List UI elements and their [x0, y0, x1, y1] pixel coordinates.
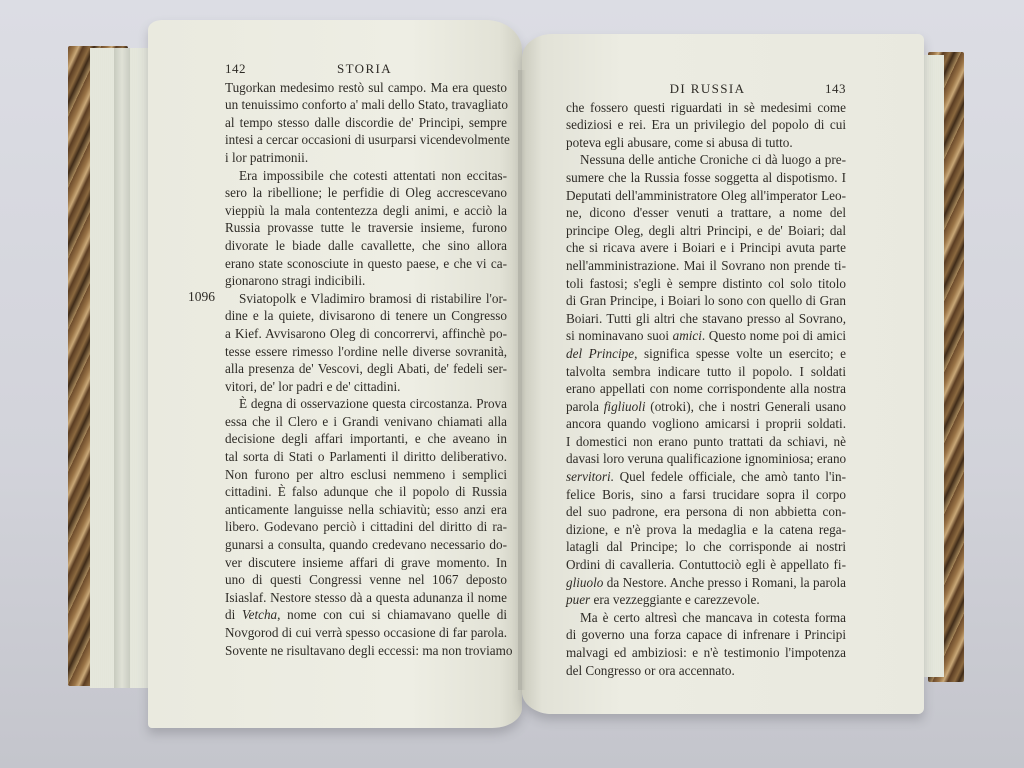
text-line: Ma è certo altresì che mancava in cotest… — [566, 609, 846, 627]
text-line: di Gran Principe, i Boiari lo sono con q… — [566, 292, 846, 310]
text-line: gionarono stragi indicibili. — [225, 272, 507, 290]
text-line: un tenuissimo conforto a' mali dello Sta… — [225, 96, 507, 114]
text-line: dine e la quiete, divisarono di tenere u… — [225, 307, 507, 325]
text-line: Isiaslaf. Nestore stesso dà a questa adu… — [225, 589, 507, 607]
text-line: tal sorta di Stati o Parlamenti il dirit… — [225, 448, 507, 466]
left-page-text: 142 STORIA Tugorkan medesimo restò sul c… — [225, 60, 507, 659]
text-line: Novgorod di cui verrà spesso occasione d… — [225, 624, 507, 642]
text-line: Era impossibile che cotesti attentati no… — [225, 167, 507, 185]
left-page-body: Tugorkan medesimo restò sul campo. Ma er… — [225, 79, 507, 660]
text-line: del suo padrone, era persona di non abbi… — [566, 503, 846, 521]
text-line: Russia provasse tutte le traversie insie… — [225, 219, 507, 237]
text-line: erano appellati con nome corrispondente … — [566, 380, 846, 398]
text-line: Boiari. Tutti gli altri che stavano pres… — [566, 310, 846, 328]
text-line: parola figliuoli (otroki), che i nostri … — [566, 398, 846, 416]
text-line: che si ricava avere i Boiari e i Princip… — [566, 239, 846, 257]
text-line: che fossero questi riguardati in sè mede… — [566, 99, 846, 117]
right-page-text: DI RUSSIA 143 che fossero questi riguard… — [566, 80, 846, 679]
text-line: Sovente ne risultavano degli eccessi: ma… — [225, 642, 507, 660]
text-line: decisione degli affari importanti, e che… — [225, 430, 507, 448]
text-line: i lor patrimonii. — [225, 149, 507, 167]
text-line: di governo una forza capace di infrenare… — [566, 626, 846, 644]
text-line: È degna di osservazione questa circostan… — [225, 395, 507, 413]
text-line: nell'amministrazione. Mai il Sovrano non… — [566, 257, 846, 275]
text-line: I domestici non erano punto trattati da … — [566, 433, 846, 451]
text-line: vieppiù la mala contentezza degli animi,… — [225, 202, 507, 220]
text-line: Deputati dell'amministratore Oleg all'im… — [566, 187, 846, 205]
text-line: Tugorkan medesimo restò sul campo. Ma er… — [225, 79, 507, 97]
text-line: talvolta sembra indicare tutto il popolo… — [566, 363, 846, 381]
text-line: Non furono per altro esclusi nemmeno i s… — [225, 466, 507, 484]
text-line: si nominavano suoi amici. Questo nome po… — [566, 327, 846, 345]
text-line: intesi a cercar occasioni di usurparsi v… — [225, 131, 507, 149]
page-edges-right — [922, 55, 944, 677]
text-line: ancora quando vogliono amicarsi i propri… — [566, 415, 846, 433]
text-line: sumere che la Russia fosse soggetta al d… — [566, 169, 846, 187]
text-line: principe Oleg, degli altri Principi, e d… — [566, 222, 846, 240]
text-line: ne, dicono d'esser venuti a trattare, a … — [566, 204, 846, 222]
text-line: ver discutere insieme affari di grave mo… — [225, 554, 507, 572]
text-line: al tempo stesso dalle discordie de' Prin… — [225, 114, 507, 132]
right-running-head: DI RUSSIA 143 — [566, 80, 846, 98]
text-line: davasi loro veruna qualificazione ignomi… — [566, 450, 846, 468]
text-line: uno di questi Congressi venne nel 1067 d… — [225, 571, 507, 589]
right-page-body: che fossero questi riguardati in sè mede… — [566, 99, 846, 680]
text-line: di Vetcha, nome con cui si chiamavano qu… — [225, 606, 507, 624]
text-line: del Congresso or ora accennato. — [566, 662, 846, 680]
text-line: Nessuna delle antiche Croniche ci dà luo… — [566, 151, 846, 169]
text-line: Sviatopolk e Vladimiro bramosi di ristab… — [225, 290, 507, 308]
text-line: cittadini. È falso adunque che il popolo… — [225, 483, 507, 501]
text-line: divorate le biade dalle cavallette, che … — [225, 237, 507, 255]
book-gutter — [518, 70, 526, 690]
text-line: erano state sconosciute in questo paese,… — [225, 255, 507, 273]
left-running-title: STORIA — [337, 60, 392, 78]
margin-date-note: 1096 — [188, 289, 215, 305]
text-line: gliuolo da Nestore. Anche presso i Roman… — [566, 574, 846, 592]
text-line: a Kief. Avvisarono Oleg di concorrervi, … — [225, 325, 507, 343]
text-line: servitori. Quel fedele officiale, che am… — [566, 468, 846, 486]
text-line: vitori, de' lor padri e de' cittadini. — [225, 378, 507, 396]
text-line: toli fastosi; s'egli è sempre distinto c… — [566, 275, 846, 293]
text-line: libero. Godevano perciò i cittadini del … — [225, 518, 507, 536]
text-line: sero la ribellione; le perfidie di Oleg … — [225, 184, 507, 202]
text-line: gunarsi a consulta, quando credevano nec… — [225, 536, 507, 554]
text-line: dizione, e n'è prova la medaglia e la ca… — [566, 521, 846, 539]
text-line: alla presenza de' Vescovi, degli Abati, … — [225, 360, 507, 378]
left-running-head: 142 STORIA — [225, 60, 507, 78]
text-line: essa che il Clero e i Grandi venivano ch… — [225, 413, 507, 431]
page-edges-left — [90, 48, 148, 688]
text-line: latagli dal Principe; lo che corrisponde… — [566, 538, 846, 556]
text-line: poteva egli abusare, come si abusa di tu… — [566, 134, 846, 152]
left-page-number: 142 — [225, 60, 246, 78]
right-running-title: DI RUSSIA — [670, 80, 746, 98]
text-line: sediziosi e rei. Era un privilegio del p… — [566, 116, 846, 134]
text-line: puer era vezzeggiante e carezzevole. — [566, 591, 846, 609]
text-line: Ordini di cavalleria. Contuttociò egli è… — [566, 556, 846, 574]
text-line: del Principe, significa spesse volte un … — [566, 345, 846, 363]
text-line: anticamente languisse nella schiavitù; e… — [225, 501, 507, 519]
text-line: felice Boris, sino a farsi trucidare sop… — [566, 486, 846, 504]
text-line: malvagi ed ambiziosi: e n'è testimonio l… — [566, 644, 846, 662]
right-page-number: 143 — [825, 80, 846, 98]
text-line: tesse essere rimesso l'ordine nelle dive… — [225, 343, 507, 361]
